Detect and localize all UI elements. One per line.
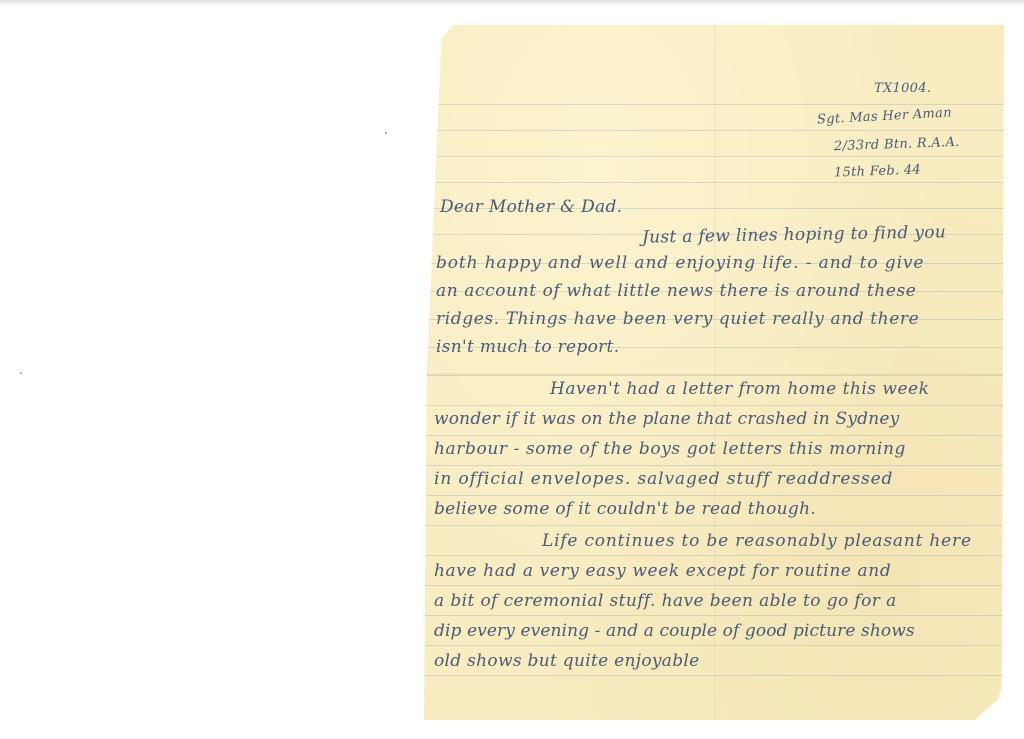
body-line: have had a very easy week except for rou… (434, 561, 891, 581)
body-line: both happy and well and enjoying life. -… (436, 253, 924, 273)
letter-paper: TX1004. Sgt. Mas Her Aman 2/33rd Btn. R.… (424, 25, 1004, 720)
dust-speck (20, 372, 22, 374)
scanner-edge (0, 0, 1024, 5)
service-number: TX1004. (874, 81, 931, 96)
body-line: ridges. Things have been very quiet real… (436, 309, 919, 329)
letter-date: 15th Feb. 44 (834, 162, 921, 180)
scanned-page: TX1004. Sgt. Mas Her Aman 2/33rd Btn. R.… (0, 0, 1024, 739)
body-line: believe some of it couldn't be read thou… (434, 499, 816, 519)
body-line: an account of what little news there is … (436, 281, 916, 301)
body-line: a bit of ceremonial stuff. have been abl… (434, 591, 897, 611)
sender-name: Sgt. Mas Her Aman (817, 105, 953, 127)
body-line: in official envelopes. salvaged stuff re… (434, 469, 893, 489)
body-line: harbour - some of the boys got letters t… (434, 439, 906, 459)
paper-fold (424, 373, 1004, 376)
dust-speck (385, 132, 387, 134)
body-line: Life continues to be reasonably pleasant… (542, 531, 972, 551)
body-line: wonder if it was on the plane that crash… (434, 409, 899, 429)
body-line: Just a few lines hoping to find you (642, 222, 946, 247)
body-line: old shows but quite enjoyable (434, 651, 700, 671)
body-line: dip every evening - and a couple of good… (434, 621, 915, 641)
body-line: Haven't had a letter from home this week (550, 379, 929, 399)
sender-unit: 2/33rd Btn. R.A.A. (834, 135, 960, 154)
body-line: isn't much to report. (436, 337, 619, 357)
salutation: Dear Mother & Dad. (440, 197, 622, 217)
